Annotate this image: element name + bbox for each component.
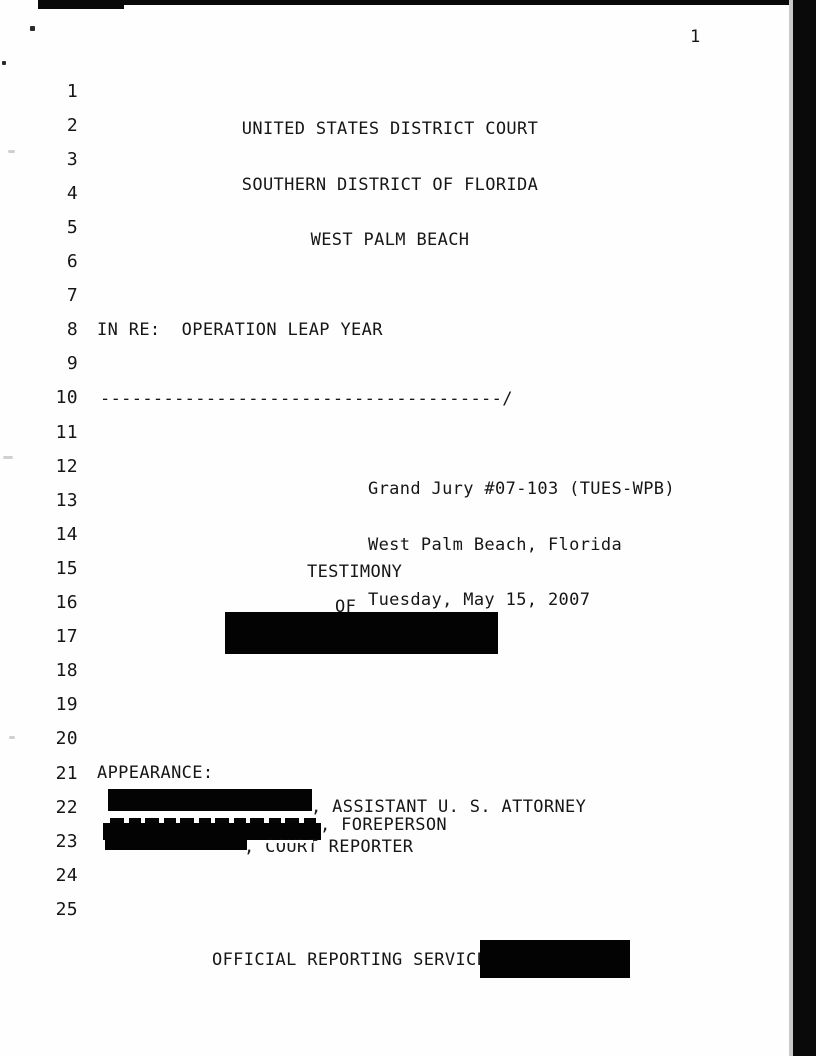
case-caption: IN RE: OPERATION LEAP YEAR bbox=[97, 321, 383, 340]
line-number: 25 bbox=[40, 901, 78, 920]
redaction-bar-reporter-name bbox=[105, 837, 247, 850]
line-number: 18 bbox=[40, 662, 78, 681]
court-district: SOUTHERN DISTRICT OF FLORIDA bbox=[97, 176, 683, 195]
line-number: 16 bbox=[40, 594, 78, 613]
redaction-bar-attorney-name bbox=[108, 789, 312, 811]
testimony-title: TESTIMONY bbox=[307, 563, 402, 582]
reporting-service-label: OFFICIAL REPORTING SERVICE bbox=[212, 951, 487, 970]
transcript-page: 1 12345678910111213141516171819202122232… bbox=[0, 0, 816, 1056]
line-number: 20 bbox=[40, 730, 78, 749]
caption-separator: --------------------------------------/ bbox=[100, 390, 513, 409]
session-location: West Palm Beach, Florida bbox=[368, 536, 675, 555]
line-number: 13 bbox=[40, 492, 78, 511]
line-number: 23 bbox=[40, 833, 78, 852]
line-number: 9 bbox=[40, 355, 78, 374]
line-number: 2 bbox=[40, 117, 78, 136]
line-number: 24 bbox=[40, 867, 78, 886]
attorney-title: , ASSISTANT U. S. ATTORNEY bbox=[311, 798, 586, 817]
line-number: 4 bbox=[40, 185, 78, 204]
grand-jury-number: Grand Jury #07-103 (TUES-WPB) bbox=[368, 480, 675, 499]
line-number: 15 bbox=[40, 560, 78, 579]
foreperson-title: , FOREPERSON bbox=[320, 816, 447, 835]
line-number: 21 bbox=[40, 765, 78, 784]
line-number: 6 bbox=[40, 253, 78, 272]
line-number: 10 bbox=[40, 389, 78, 408]
line-number: 1 bbox=[40, 83, 78, 102]
line-number: 17 bbox=[40, 628, 78, 647]
line-number: 3 bbox=[40, 151, 78, 170]
line-number: 19 bbox=[40, 696, 78, 715]
redaction-bar-reporting-firm bbox=[480, 940, 630, 978]
court-name: UNITED STATES DISTRICT COURT bbox=[97, 120, 683, 139]
line-number: 5 bbox=[40, 219, 78, 238]
line-number: 11 bbox=[40, 424, 78, 443]
line-number: 22 bbox=[40, 799, 78, 818]
line-number: 14 bbox=[40, 526, 78, 545]
court-location: WEST PALM BEACH bbox=[97, 231, 683, 250]
scan-artifact-clipped-text bbox=[258, 840, 313, 843]
line-number: 7 bbox=[40, 287, 78, 306]
appearance-heading: APPEARANCE: bbox=[97, 764, 213, 783]
court-header: UNITED STATES DISTRICT COURT SOUTHERN DI… bbox=[97, 83, 683, 287]
line-number: 12 bbox=[40, 458, 78, 477]
session-date: Tuesday, May 15, 2007 bbox=[368, 591, 675, 610]
line-number: 8 bbox=[40, 321, 78, 340]
redaction-bar-witness-name bbox=[225, 612, 498, 654]
